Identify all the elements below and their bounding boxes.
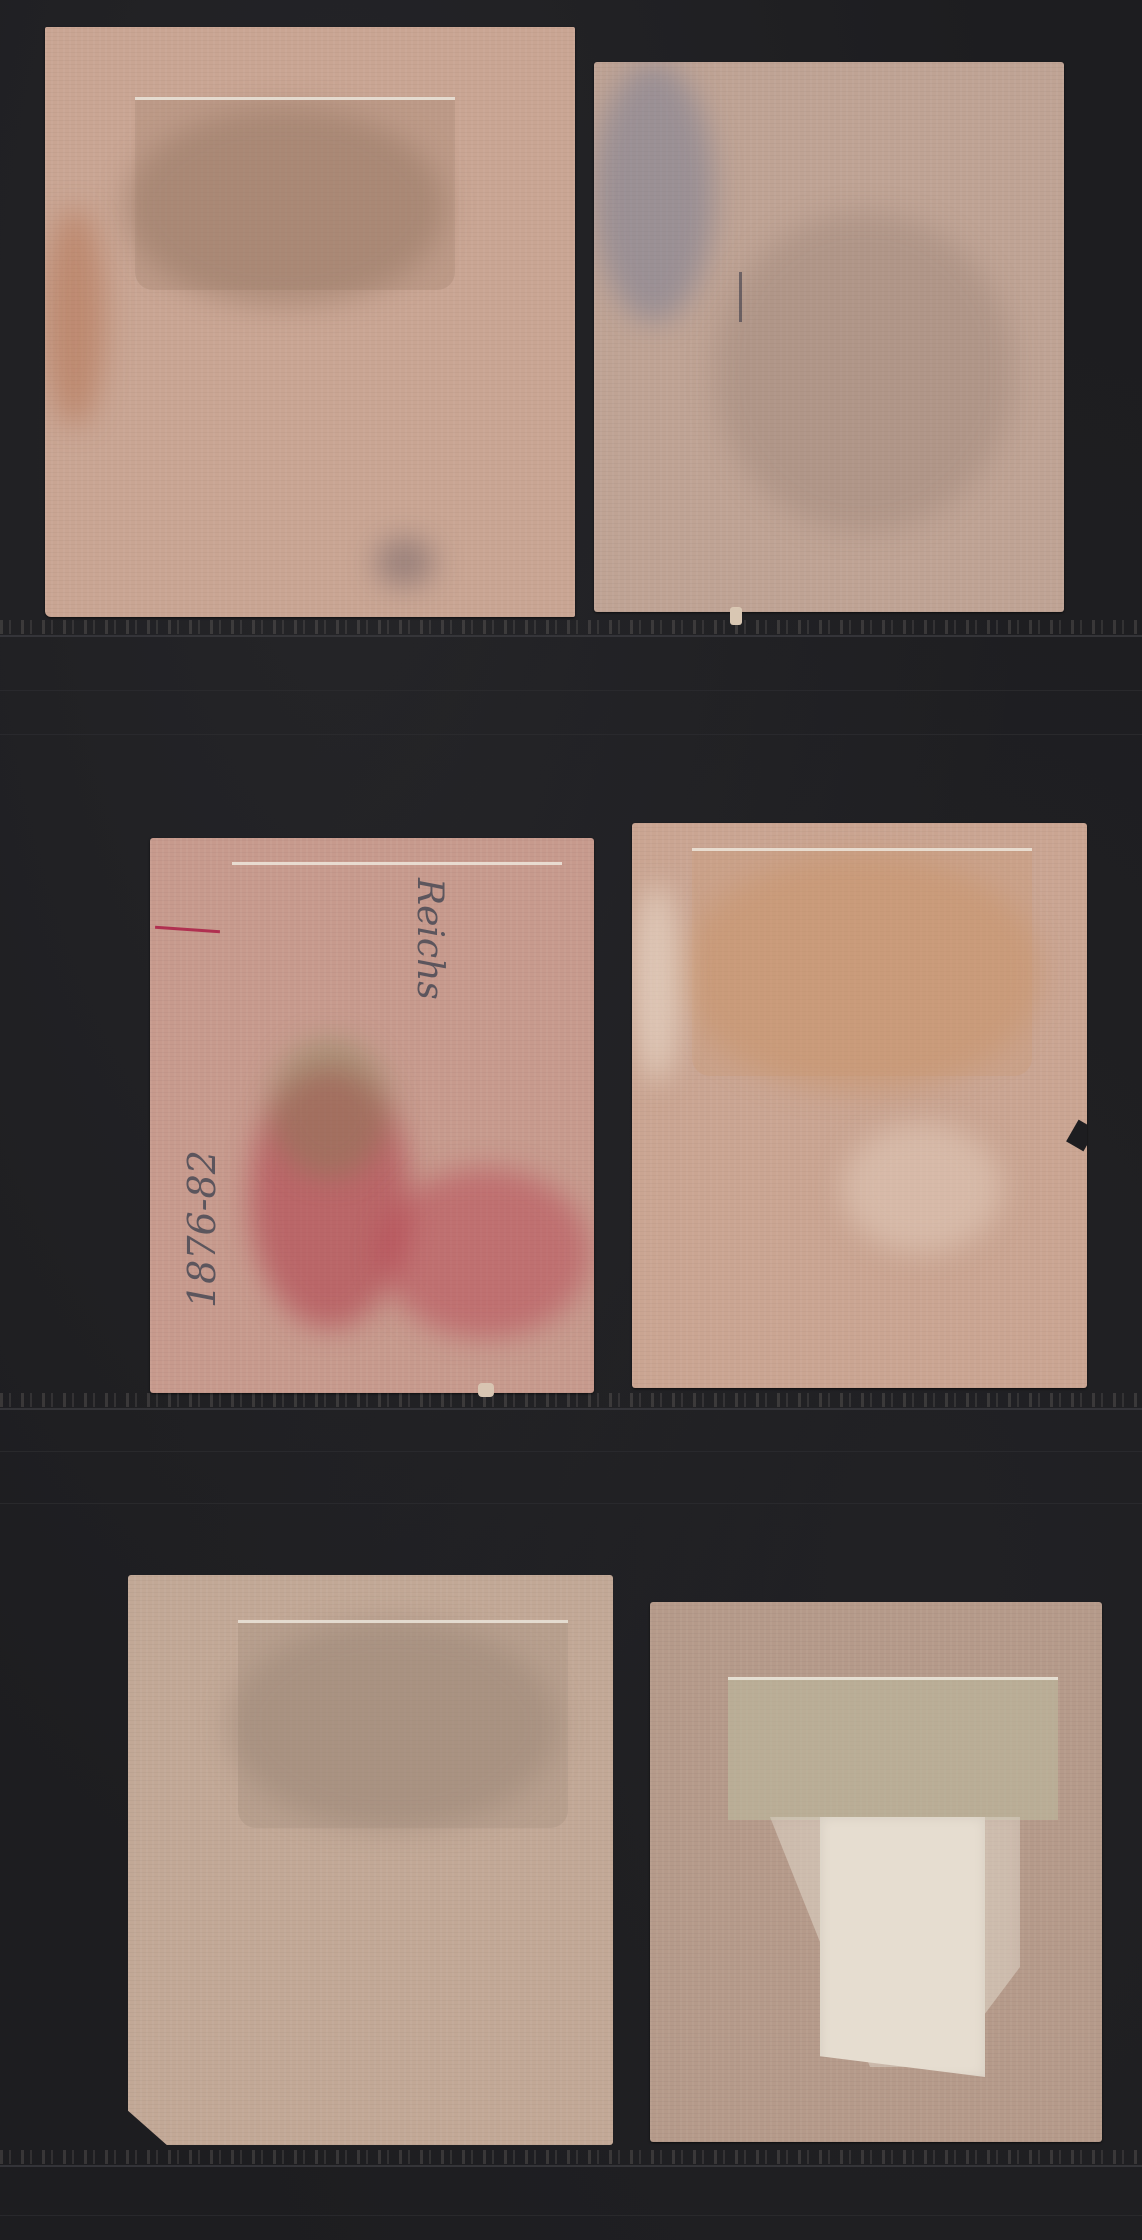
paper-tab: [730, 607, 742, 625]
stock-page: 1876-82 Reichs: [0, 0, 1142, 2240]
strip-edge-fibers: [0, 2150, 1142, 2164]
strip-rail: [0, 690, 1142, 691]
pencil-word: Reichs: [409, 878, 450, 1000]
blue-ink-show-through: [594, 62, 714, 322]
pencil-year: 1876-82: [180, 1150, 224, 1308]
strip-rail: [0, 1503, 1142, 1504]
translucent-hinge: [728, 1677, 1058, 1820]
hinge-remnant: [692, 848, 1032, 1076]
strip-rail: [0, 1451, 1142, 1452]
hinge-flap: [820, 1817, 985, 2077]
ink-mark: [739, 272, 742, 322]
stamp-back-row3-left: [128, 1575, 613, 2145]
thin-spot: [842, 1123, 1002, 1253]
stamp-back-row1-left: [45, 27, 575, 617]
stamp-back-row2-right: [632, 823, 1087, 1388]
thin-spot: [632, 883, 682, 1083]
paper-tab: [478, 1383, 494, 1397]
hinge-remnant: [232, 862, 562, 873]
strip-edge-fibers: [0, 1393, 1142, 1407]
hinge-remnant: [238, 1620, 568, 1828]
strip-rail: [0, 2165, 1142, 2167]
strip-rail: [0, 2215, 1142, 2216]
green-stain: [270, 1038, 390, 1178]
stamp-back-row1-right: [594, 62, 1064, 612]
red-cancel-show-through: [380, 1168, 590, 1338]
stamp-back-row3-right: [650, 1602, 1102, 2142]
rust-stain: [45, 207, 105, 427]
strip-rail: [0, 1408, 1142, 1410]
strip-edge-fibers: [0, 620, 1142, 634]
stamp-back-row2-left: 1876-82 Reichs: [150, 838, 594, 1393]
shadow-stain: [714, 212, 1014, 532]
strip-rail: [0, 734, 1142, 735]
red-mark: [155, 926, 220, 934]
ink-spot: [375, 537, 435, 587]
strip-rail: [0, 635, 1142, 637]
hinge-remnant: [135, 97, 455, 290]
edge-tear: [1066, 1120, 1087, 1152]
